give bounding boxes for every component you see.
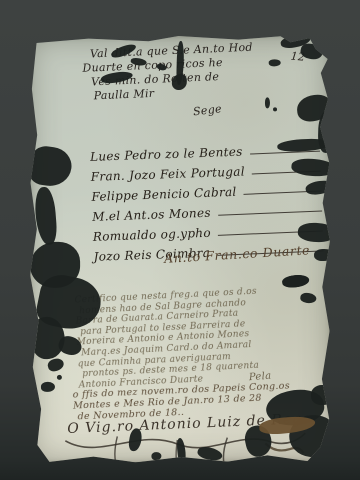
manuscript-page: Val ditt.a que S.e An.to Hod Duarte en c… bbox=[29, 35, 332, 463]
ink-blot bbox=[46, 357, 65, 373]
ruled-line bbox=[218, 210, 322, 215]
ink-blot bbox=[265, 97, 270, 108]
ruled-line bbox=[250, 151, 320, 155]
ink-blot bbox=[34, 186, 58, 245]
ink-blot bbox=[314, 249, 334, 261]
ink-blot bbox=[311, 385, 335, 405]
segue-word: Sege bbox=[192, 102, 222, 118]
ink-blot bbox=[273, 107, 277, 111]
photograph-of-manuscript: { "page": { "number": "12" }, "header": … bbox=[0, 0, 360, 480]
ink-blot bbox=[57, 375, 62, 380]
ink-blot bbox=[300, 292, 317, 304]
certification-paragraph: Certifico que nesta freg.a que os d.os h… bbox=[74, 287, 261, 391]
ink-blot bbox=[282, 274, 310, 288]
ink-blot bbox=[27, 144, 74, 188]
ink-blot bbox=[269, 59, 281, 66]
ink-blot bbox=[41, 382, 55, 392]
damage-layer bbox=[29, 35, 329, 37]
ink-blot bbox=[296, 93, 333, 122]
